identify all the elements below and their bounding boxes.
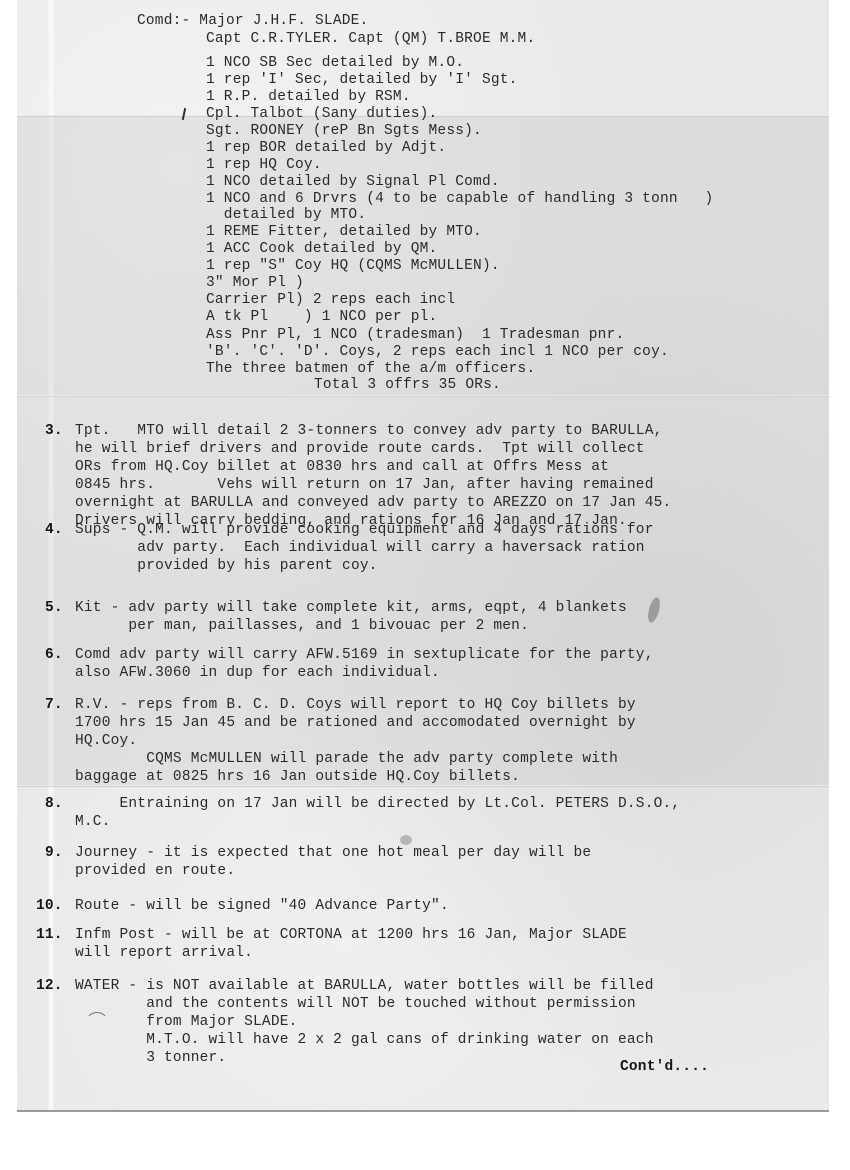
party-list-item: Sgt. ROONEY (reP Bn Sgts Mess). <box>206 122 482 140</box>
paragraph-number: 10. <box>36 897 63 915</box>
continued-note: Cont'd.... <box>620 1058 709 1076</box>
party-list-item: 1 rep HQ Coy. <box>206 156 322 174</box>
party-list-item: 3" Mor Pl ) <box>206 274 304 292</box>
comd-line: Comd:- Major J.H.F. SLADE. <box>137 12 368 30</box>
total-line: Total 3 offrs 35 ORs. <box>314 376 501 394</box>
party-list-item: 1 NCO detailed by Signal Pl Comd. <box>206 173 500 191</box>
paragraph-line: Infm Post - will be at CORTONA at 1200 h… <box>75 926 627 944</box>
paragraph-line: Kit - adv party will take complete kit, … <box>75 599 627 617</box>
party-list-item: 1 NCO SB Sec detailed by M.O. <box>206 54 464 72</box>
paragraph-number: 8. <box>45 795 63 813</box>
party-list-item: 1 REME Fitter, detailed by MTO. <box>206 223 482 241</box>
paragraph-line: Route - will be signed "40 Advance Party… <box>75 897 449 915</box>
paragraph-line: per man, paillasses, and 1 bivouac per 2… <box>75 617 529 635</box>
paragraph-line: Sups - Q.M. will provide cooking equipme… <box>75 521 654 539</box>
paragraph-number: 9. <box>45 844 63 862</box>
party-list-item: Ass Pnr Pl, 1 NCO (tradesman) 1 Tradesma… <box>206 326 624 344</box>
party-list-item: A tk Pl ) 1 NCO per pl. <box>206 308 437 326</box>
paragraph-line: 0845 hrs. Vehs will return on 17 Jan, af… <box>75 476 654 494</box>
party-list-item: Cpl. Talbot (Sany duties). <box>206 105 437 123</box>
paragraph-number: 4. <box>45 521 63 539</box>
paragraph-number: 11. <box>36 926 63 944</box>
paragraph-line: 3 tonner. <box>75 1049 226 1067</box>
paragraph-line: M.C. <box>75 813 111 831</box>
paragraph-line: R.V. - reps from B. C. D. Coys will repo… <box>75 696 636 714</box>
paragraph-line: HQ.Coy. <box>75 732 137 750</box>
paragraph-line: overnight at BARULLA and conveyed adv pa… <box>75 494 671 512</box>
paragraph-number: 6. <box>45 646 63 664</box>
paragraph-number: 3. <box>45 422 63 440</box>
paragraph-number: 5. <box>45 599 63 617</box>
party-list-item: 1 rep BOR detailed by Adjt. <box>206 139 446 157</box>
paragraph-line: 1700 hrs 15 Jan 45 and be rationed and a… <box>75 714 636 732</box>
paragraph-number: 7. <box>45 696 63 714</box>
paragraph-line: adv party. Each individual will carry a … <box>75 539 645 557</box>
party-list-item: 1 ACC Cook detailed by QM. <box>206 240 437 258</box>
paragraph-line: baggage at 0825 hrs 16 Jan outside HQ.Co… <box>75 768 520 786</box>
paragraph-line: Tpt. MTO will detail 2 3-tonners to conv… <box>75 422 663 440</box>
paragraph-line: provided by his parent coy. <box>75 557 378 575</box>
paragraph-number: 12. <box>36 977 63 995</box>
party-list-item: 1 rep 'I' Sec, detailed by 'I' Sgt. <box>206 71 518 89</box>
paragraph-line: Journey - it is expected that one hot me… <box>75 844 591 862</box>
party-list-item: Carrier Pl) 2 reps each incl <box>206 291 455 309</box>
paragraph-line: and the contents will NOT be touched wit… <box>75 995 636 1013</box>
paragraph-line: from Major SLADE. <box>75 1013 298 1031</box>
paragraph-line: CQMS McMULLEN will parade the adv party … <box>75 750 618 768</box>
paragraph-line: M.T.O. will have 2 x 2 gal cans of drink… <box>75 1031 654 1049</box>
officers-line: Capt C.R.TYLER. Capt (QM) T.BROE M.M. <box>206 30 535 48</box>
paragraph-line: Entraining on 17 Jan will be directed by… <box>75 795 680 813</box>
paragraph-line: also AFW.3060 in dup for each individual… <box>75 664 440 682</box>
party-list-item: 1 rep "S" Coy HQ (CQMS McMULLEN). <box>206 257 500 275</box>
paragraph-line: ORs from HQ.Coy billet at 0830 hrs and c… <box>75 458 609 476</box>
paragraph-line: provided en route. <box>75 862 235 880</box>
paragraph-line: Comd adv party will carry AFW.5169 in se… <box>75 646 654 664</box>
paragraph-line: he will brief drivers and provide route … <box>75 440 645 458</box>
party-list-item: 1 R.P. detailed by RSM. <box>206 88 411 106</box>
paragraph-line: will report arrival. <box>75 944 253 962</box>
party-list-item: detailed by MTO. <box>206 206 366 224</box>
paragraph-line: WATER - is NOT available at BARULLA, wat… <box>75 977 654 995</box>
party-list-item: 'B'. 'C'. 'D'. Coys, 2 reps each incl 1 … <box>206 343 669 361</box>
